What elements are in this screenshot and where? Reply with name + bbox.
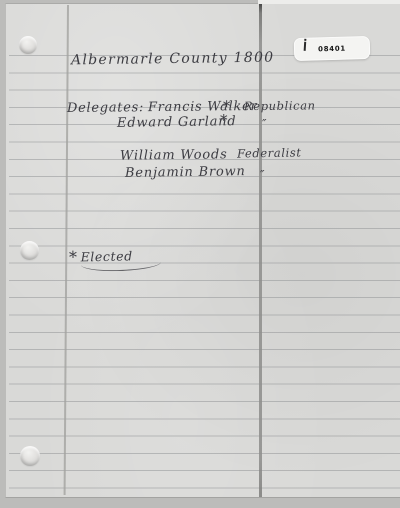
notebook-page: 08401 Albermarle County 1800 Delegates:F… [5,3,400,498]
delegates-label: Delegates: [67,100,144,116]
delegate-name: Edward Garland [117,114,237,131]
punch-hole [19,36,37,54]
page-crease [259,4,262,497]
party-label: Federalist [237,145,302,160]
delegate-name: Benjamin Brown [125,164,246,181]
punch-hole [20,241,39,260]
party-label: Republican [244,98,316,113]
punch-hole [20,446,40,466]
county-title: Albermarle County 1800 [71,50,275,69]
catalog-sticker: 08401 [294,36,371,61]
catalog-number: 08401 [318,44,346,54]
delegate-name: Francis Walker [148,99,257,115]
ditto-mark: ″ [262,117,266,131]
adjacent-page-edge [258,0,400,4]
footnote-marker: * [69,247,78,266]
ditto-mark: ″ [260,168,264,182]
pen-tick-mark [304,42,306,51]
elected-marker: * [220,111,228,129]
delegate-name: William Woods [120,147,228,163]
